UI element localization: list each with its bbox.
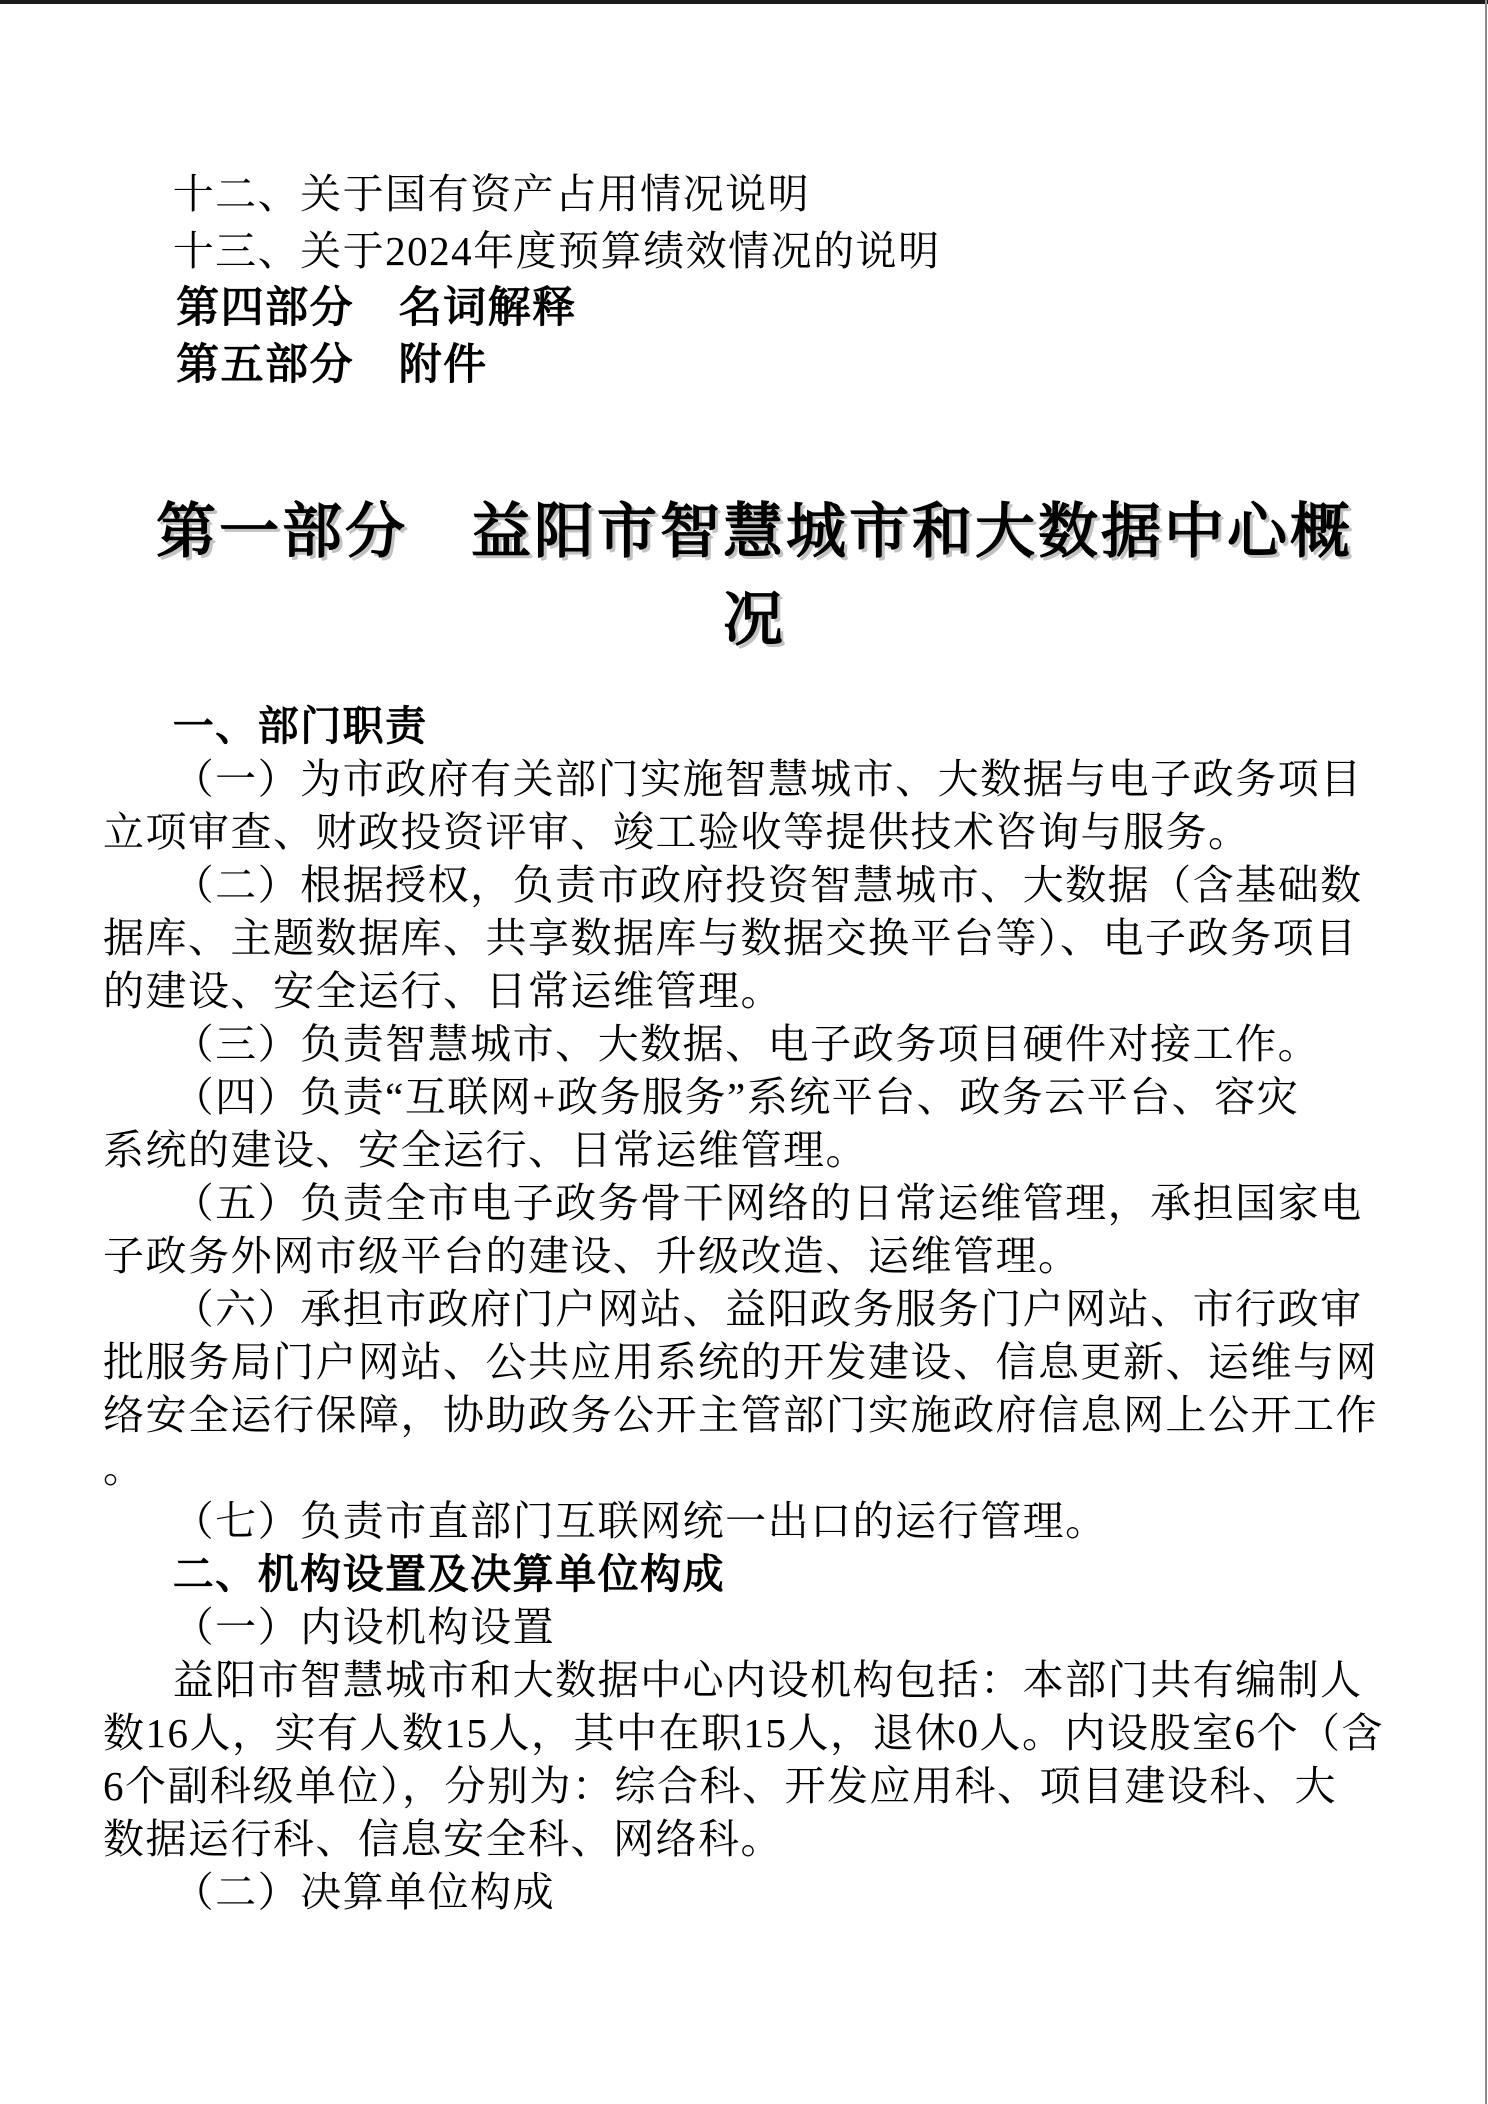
body-line: 一、部门职责: [103, 700, 1406, 753]
document-body: 一、部门职责（一）为市政府有关部门实施智慧城市、大数据与电子政务项目立项审查、财…: [103, 700, 1406, 1919]
body-line: 。: [103, 1442, 1406, 1495]
body-line: 子政务外网市级平台的建设、升级改造、运维管理。: [103, 1230, 1406, 1283]
toc-line: 十二、关于国有资产占用情况说明: [103, 166, 1406, 223]
body-line: 据库、主题数据库、共享数据库与数据交换平台等）、电子政务项目: [103, 912, 1406, 965]
body-line: （六）承担市政府门户网站、益阳政务服务门户网站、市行政审: [103, 1283, 1406, 1336]
body-line: 数据运行科、信息安全科、网络科。: [103, 1813, 1406, 1866]
page-content: 十二、关于国有资产占用情况说明十三、关于2024年度预算绩效情况的说明第四部分 …: [103, 0, 1406, 1919]
page-right-edge: [1485, 0, 1487, 2104]
body-line: （五）负责全市电子政务骨干网络的日常运维管理，承担国家电: [103, 1177, 1406, 1230]
body-line: （一）为市政府有关部门实施智慧城市、大数据与电子政务项目: [103, 753, 1406, 806]
body-line: （二）根据授权，负责市政府投资智慧城市、大数据（含基础数: [103, 859, 1406, 912]
body-line: （一）内设机构设置: [103, 1601, 1406, 1654]
toc-line: 第五部分 附件: [103, 337, 1406, 394]
body-line: （二）决算单位构成: [103, 1866, 1406, 1919]
toc-line: 十三、关于2024年度预算绩效情况的说明: [103, 223, 1406, 280]
section-title-line1: 第一部分 益阳市智慧城市和大数据中心概: [103, 488, 1406, 576]
document-page: 十二、关于国有资产占用情况说明十三、关于2024年度预算绩效情况的说明第四部分 …: [0, 0, 1488, 2104]
table-of-contents: 十二、关于国有资产占用情况说明十三、关于2024年度预算绩效情况的说明第四部分 …: [103, 166, 1406, 394]
body-line: 6个副科级单位），分别为：综合科、开发应用科、项目建设科、大: [103, 1760, 1406, 1813]
body-line: （四）负责“互联网+政务服务”系统平台、政务云平台、容灾: [103, 1071, 1406, 1124]
section-title: 第一部分 益阳市智慧城市和大数据中心概 况: [103, 488, 1406, 664]
body-line: 立项审查、财政投资评审、竣工验收等提供技术咨询与服务。: [103, 806, 1406, 859]
body-line: 的建设、安全运行、日常运维管理。: [103, 965, 1406, 1018]
body-line: 数16人，实有人数15人，其中在职15人，退休0人。内设股室6个（含: [103, 1707, 1406, 1760]
body-line: 系统的建设、安全运行、日常运维管理。: [103, 1124, 1406, 1177]
section-title-line2: 况: [103, 576, 1406, 664]
body-line: 益阳市智慧城市和大数据中心内设机构包括：本部门共有编制人: [103, 1654, 1406, 1707]
body-line: 二、机构设置及决算单位构成: [103, 1548, 1406, 1601]
toc-line: 第四部分 名词解释: [103, 280, 1406, 337]
body-line: 批服务局门户网站、公共应用系统的开发建设、信息更新、运维与网: [103, 1336, 1406, 1389]
body-line: （三）负责智慧城市、大数据、电子政务项目硬件对接工作。: [103, 1018, 1406, 1071]
body-line: （七）负责市直部门互联网统一出口的运行管理。: [103, 1495, 1406, 1548]
body-line: 络安全运行保障，协助政务公开主管部门实施政府信息网上公开工作: [103, 1389, 1406, 1442]
